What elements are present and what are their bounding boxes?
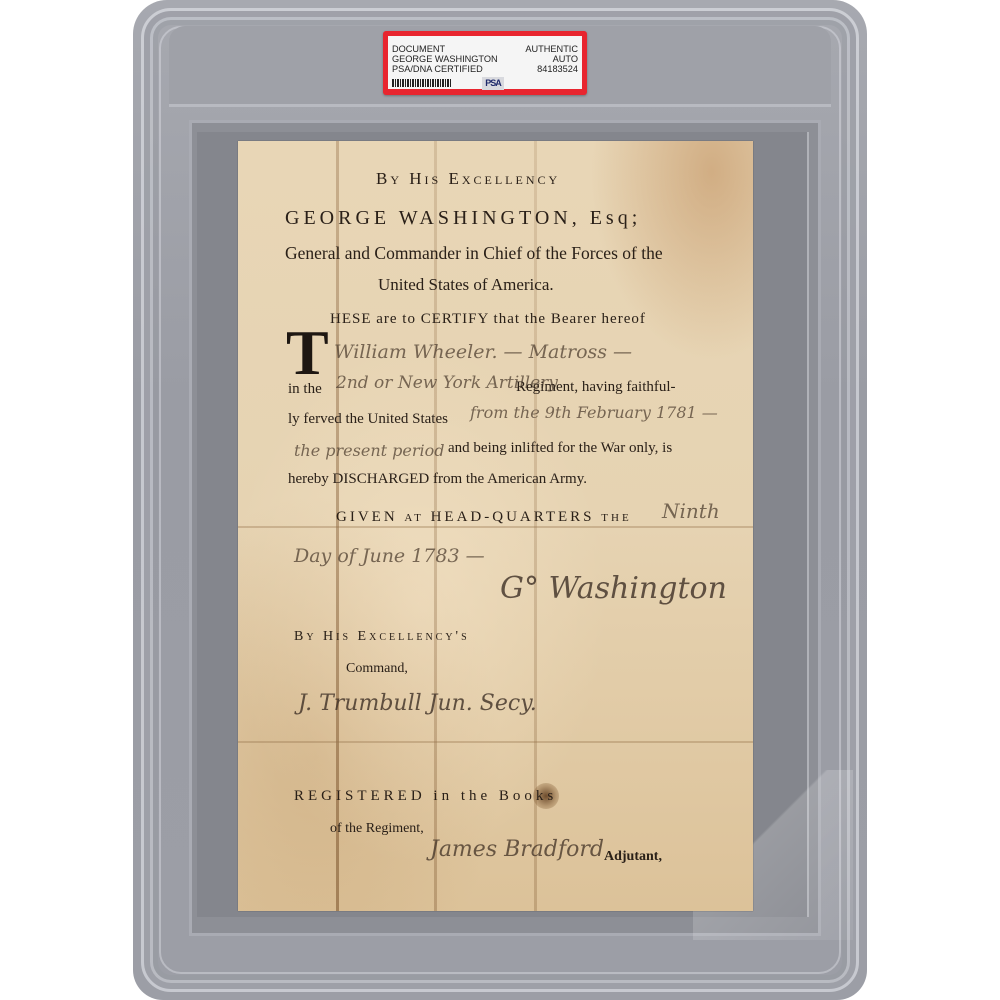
- of-the-regiment: of the Regiment,: [330, 821, 424, 837]
- registered-in-books: REGISTERED in the Books: [294, 788, 557, 805]
- drop-cap: T: [286, 323, 329, 383]
- handwritten-soldier-name: William Wheeler. — Matross —: [334, 341, 632, 363]
- label-subject: GEORGE WASHINGTON: [392, 54, 498, 64]
- label-grade-auto: AUTO: [525, 54, 578, 64]
- label-grade: AUTHENTIC AUTO 84183524: [525, 44, 578, 74]
- psa-logo-icon: PSA: [482, 77, 504, 90]
- label-description: DOCUMENT GEORGE WASHINGTON PSA/DNA CERTI…: [392, 44, 498, 74]
- body-in-the: in the: [288, 381, 322, 398]
- signature-washington: G° Washington: [500, 571, 727, 606]
- heading-general-commander: General and Commander in Chief of the Fo…: [285, 243, 663, 264]
- label-grade-authentic: AUTHENTIC: [525, 44, 578, 54]
- handwritten-from-date: from the 9th February 1781 —: [470, 403, 718, 422]
- label-certifier: PSA/DNA CERTIFIED: [392, 64, 498, 74]
- given-at-head-quarters: GIVEN at HEAD-QUARTERS the: [336, 509, 632, 526]
- heading-by-his-excellency: By His Excellency: [376, 169, 560, 189]
- signature-adjutant: James Bradford: [430, 837, 604, 862]
- fold-line: [238, 526, 753, 528]
- body-served: ly ferved the United States: [288, 411, 448, 428]
- heading-george-washington: GEORGE WASHINGTON, Esq;: [285, 207, 641, 230]
- handwritten-day: Ninth: [662, 499, 720, 523]
- body-enlisted: and being inlifted for the War only, is: [448, 440, 672, 457]
- command-label: Command,: [346, 661, 408, 677]
- body-regiment-faithful: Regiment, having faithful-: [516, 379, 676, 396]
- by-his-excellencys: By His Excellency's: [294, 629, 470, 645]
- signature-trumbull: J. Trumbull Jun. Secy.: [298, 691, 537, 716]
- psa-certification-label: DOCUMENT GEORGE WASHINGTON PSA/DNA CERTI…: [383, 31, 587, 95]
- adjutant-title: Adjutant,: [604, 849, 662, 865]
- handwritten-date: Day of June 1783 —: [294, 545, 485, 567]
- label-cert-number: 84183524: [525, 64, 578, 74]
- body-certify: HESE are to CERTIFY that the Bearer here…: [330, 311, 646, 328]
- fold-line: [238, 741, 753, 743]
- body-discharged: hereby DISCHARGED from the American Army…: [288, 471, 587, 488]
- barcode-icon: [392, 79, 452, 87]
- handwritten-present-period: the present period: [294, 441, 445, 460]
- label-item-type: DOCUMENT: [392, 44, 498, 54]
- heading-united-states: United States of America.: [378, 275, 554, 295]
- discharge-certificate: By His Excellency GEORGE WASHINGTON, Esq…: [238, 141, 753, 911]
